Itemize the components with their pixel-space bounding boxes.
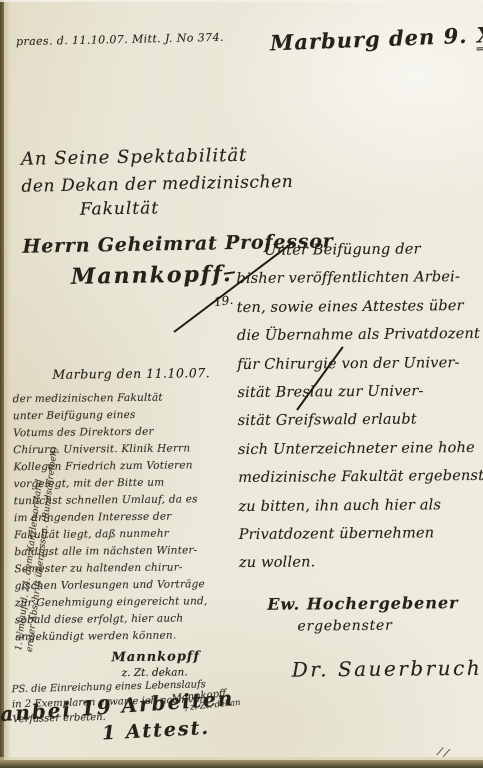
- body-line: für Chirurgie von der Univer-: [237, 349, 477, 379]
- body-line: zu wollen.: [239, 547, 479, 577]
- dean-note-dateline: Marburg den 11.10.07.: [52, 365, 242, 382]
- dateline-month-numeral: X: [475, 22, 483, 51]
- dateline-place: Marburg den 9.: [270, 23, 477, 56]
- handwritten-line: angekündigt werden können.: [15, 627, 245, 646]
- closing-line: ergebenster: [297, 617, 479, 635]
- body-line: die Übernahme als Privatdozent: [237, 320, 477, 350]
- address-line: den Dekan der medizinischen: [21, 171, 332, 196]
- body-line: Unter Beifügung der: [236, 235, 476, 265]
- letter-page: praes. d. 11.10.07. Mitt. J. No 374. Mar…: [0, 0, 483, 768]
- author-signature: Dr. Sauerbruch.: [292, 656, 480, 682]
- page-edge-left-highlight: [4, 0, 11, 768]
- body-line: bisher veröffentlichten Arbei-: [236, 263, 476, 293]
- enclosure-line: 1 Attest.: [102, 716, 235, 745]
- closing-line: Ew. Hochergebener: [267, 593, 479, 614]
- body-line: sität Greifswald erlaubt: [238, 405, 478, 435]
- body-line: Privatdozent übernehmen: [239, 519, 479, 549]
- page-edge-bottom: [0, 760, 483, 768]
- body-line: medizinische Fakultät ergebenst: [238, 462, 478, 492]
- body-line: zu bitten, ihn auch hier als: [238, 491, 478, 521]
- dean-signature: Mannkopff: [111, 649, 245, 665]
- body-line: sich Unterzeichneter eine hohe: [238, 434, 478, 464]
- letter-body-block: Unter Beifügung der bisher veröffentlich…: [236, 235, 480, 682]
- dateline: Marburg den 9. X. 07.: [270, 20, 483, 56]
- body-line: ten, sowie eines Attestes über: [237, 292, 477, 322]
- page-edge-top: [0, 0, 483, 2]
- address-line: Fakultät: [80, 195, 333, 219]
- enclosure-note: anbei 19 Arbeiten 1 Attest.: [0, 694, 234, 741]
- body-line: sität Breslau zur Univer-: [237, 377, 477, 407]
- registry-note: praes. d. 11.10.07. Mitt. J. No 374.: [16, 31, 224, 48]
- address-line: An Seine Spektabilität: [21, 143, 332, 169]
